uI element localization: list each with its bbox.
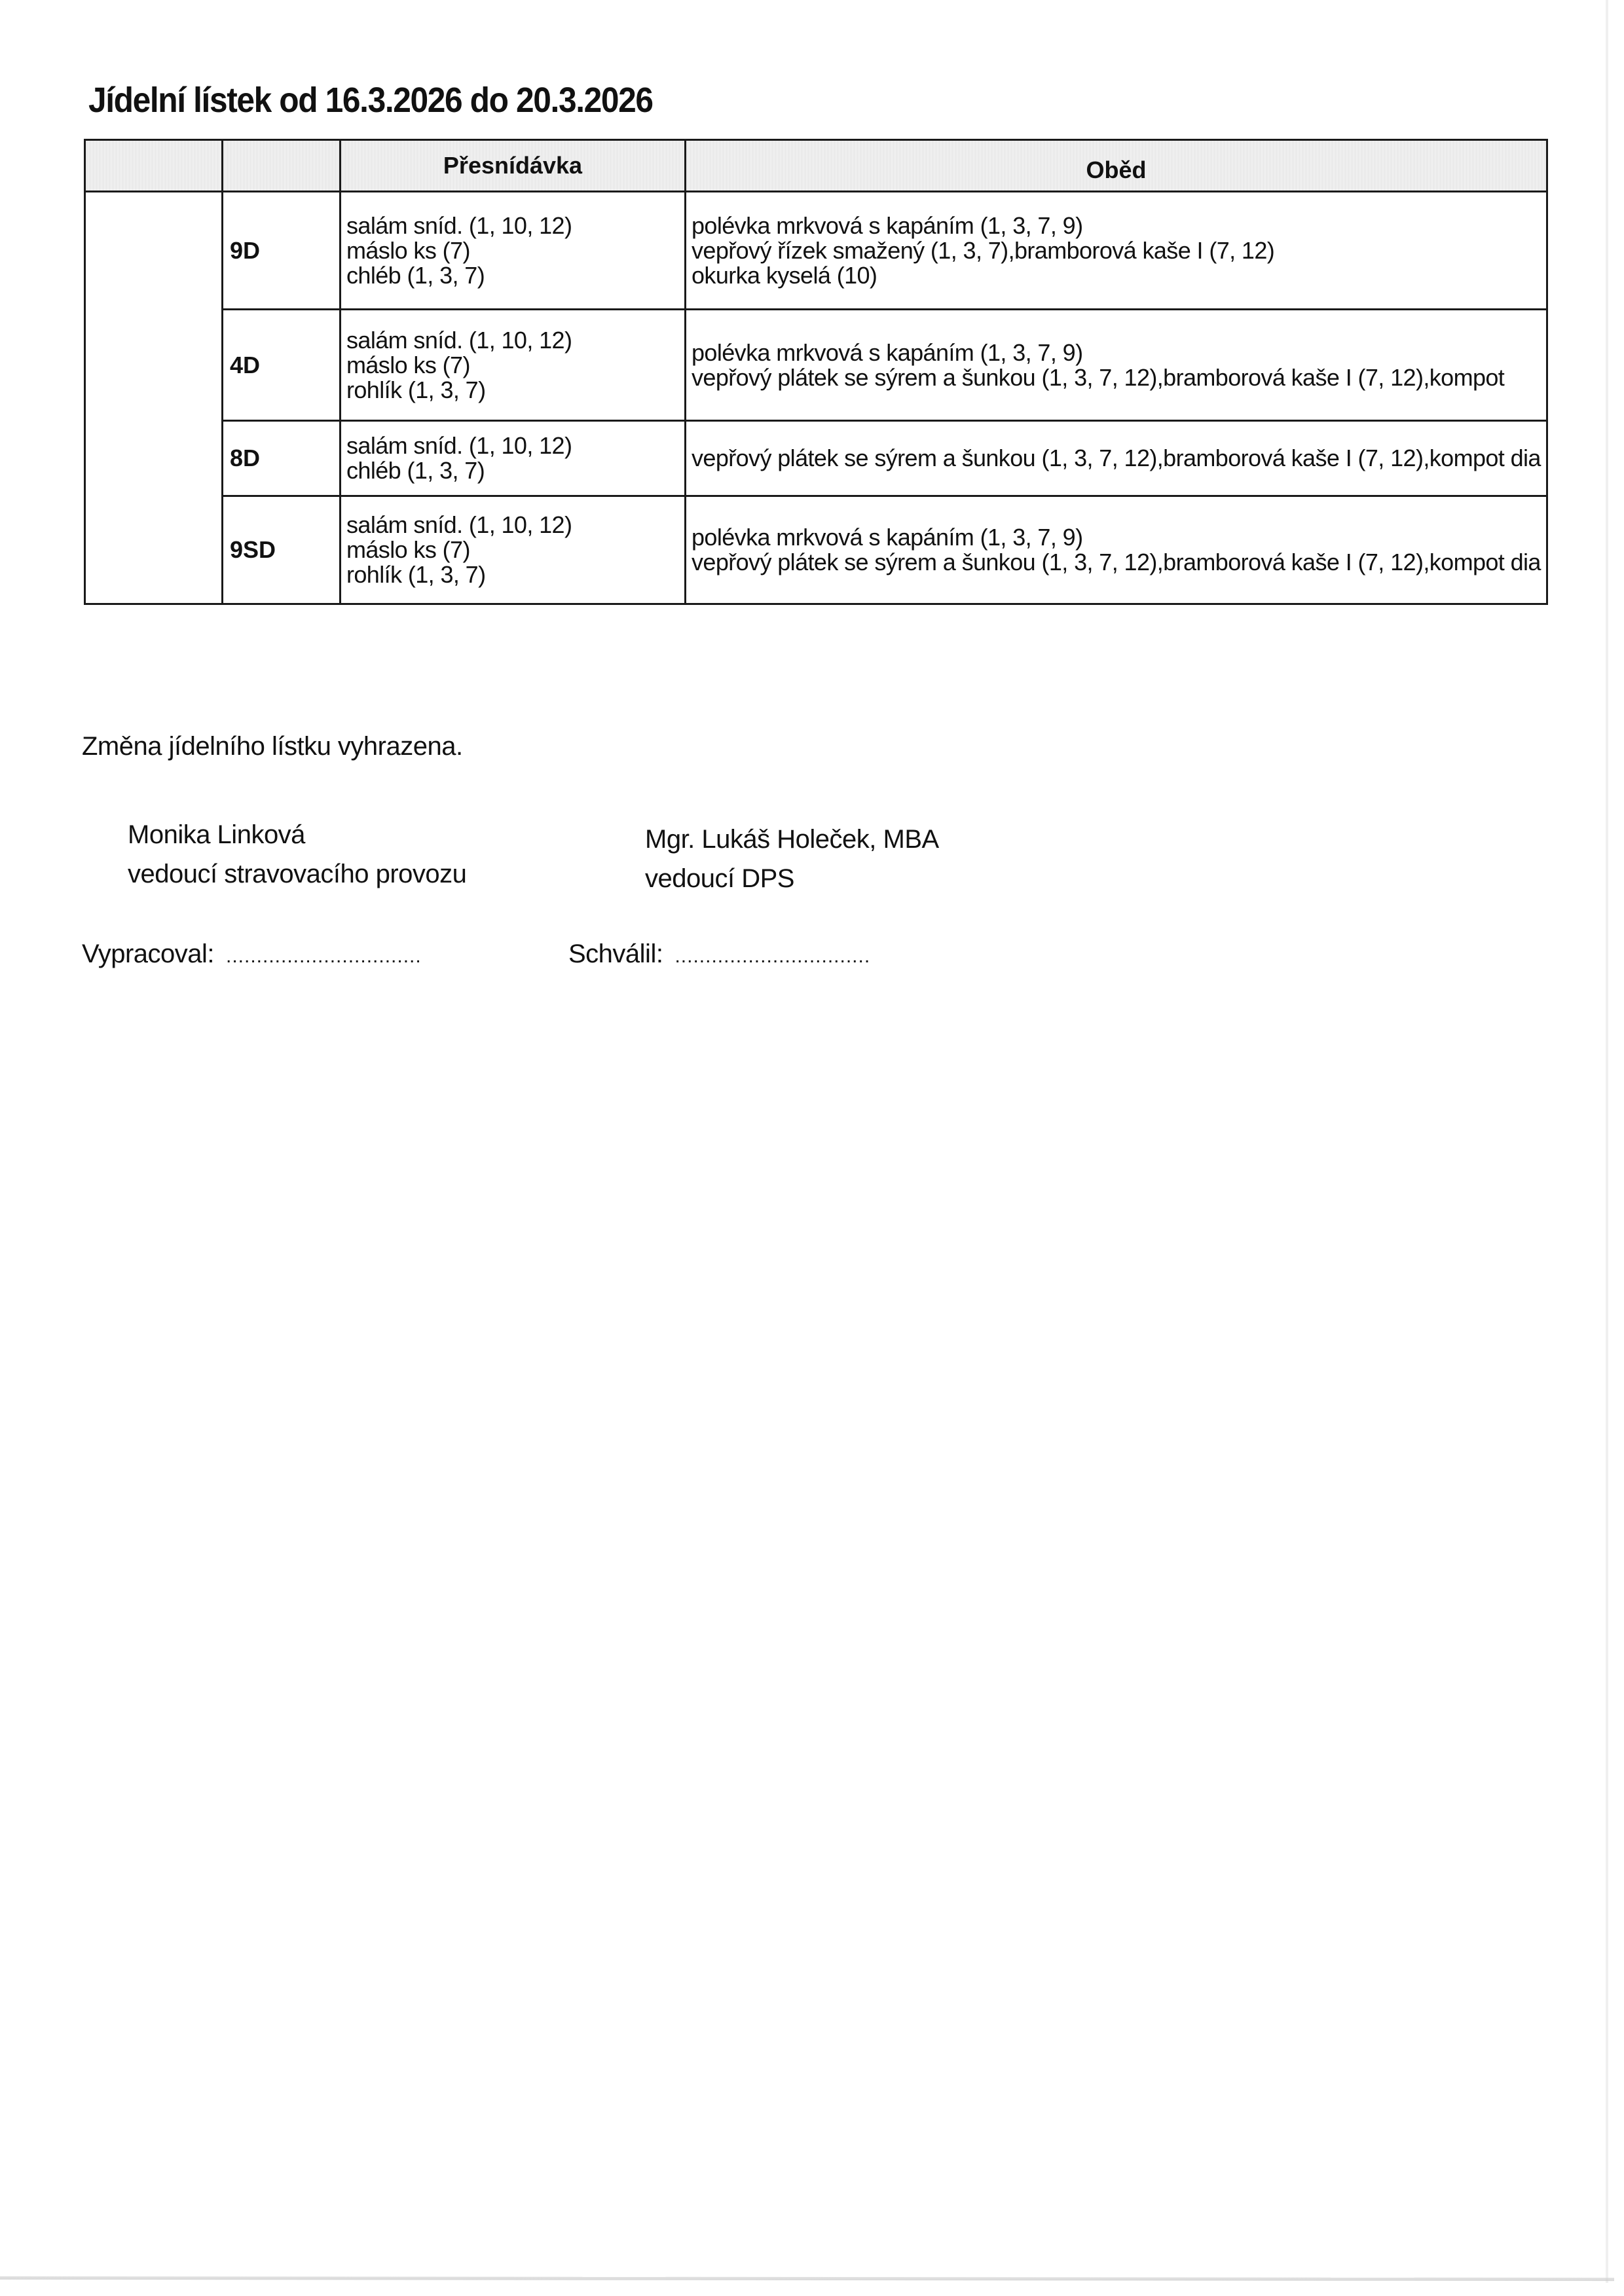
lunch-item: polévka mrkvová s kapáním (1, 3, 7, 9) [692,525,1541,550]
lunch-cell: polévka mrkvová s kapáním (1, 3, 7, 9) v… [686,310,1547,421]
table-row: 4D salám sníd. (1, 10, 12) máslo ks (7) … [85,310,1547,421]
snack-item: máslo ks (7) [346,538,679,562]
signature-blank: ................................ [226,945,422,967]
lunch-item: polévka mrkvová s kapáním (1, 3, 7, 9) [692,213,1541,238]
lunch-item: vepřový plátek se sýrem a šunkou (1, 3, … [692,365,1541,390]
lunch-cell: polévka mrkvová s kapáním (1, 3, 7, 9) v… [686,192,1547,310]
diet-code: 4D [223,310,341,421]
snack-item: chléb (1, 3, 7) [346,458,679,483]
scan-edge-bottom [0,2276,1614,2281]
snack-item: rohlík (1, 3, 7) [346,562,679,587]
snack-item: salám sníd. (1, 10, 12) [346,513,679,538]
snack-item: rohlík (1, 3, 7) [346,378,679,403]
snack-item: chléb (1, 3, 7) [346,263,679,288]
lunch-cell: vepřový plátek se sýrem a šunkou (1, 3, … [686,421,1547,496]
header-blank-2 [223,140,341,192]
lunch-cell: polévka mrkvová s kapáním (1, 3, 7, 9) v… [686,496,1547,604]
snack-item: salám sníd. (1, 10, 12) [346,213,679,238]
signatory-role: vedoucí stravovacího provozu [128,854,466,894]
snack-item: máslo ks (7) [346,353,679,378]
snack-item: salám sníd. (1, 10, 12) [346,433,679,458]
signatory-name: Mgr. Lukáš Holeček, MBA [645,820,939,859]
table-row: 8D salám sníd. (1, 10, 12) chléb (1, 3, … [85,421,1547,496]
signatory-right: Mgr. Lukáš Holeček, MBA vedoucí DPS [645,820,939,898]
diet-code: 9SD [223,496,341,604]
snack-cell: salám sníd. (1, 10, 12) máslo ks (7) roh… [341,310,686,421]
lunch-item: vepřový plátek se sýrem a šunkou (1, 3, … [692,446,1541,471]
page-title: Jídelní lístek od 16.3.2026 do 20.3.2026 [88,80,653,120]
prepared-by-label: Vypracoval: [82,939,214,968]
table-header-row: Přesnídávka Oběd [85,140,1547,192]
lunch-item: vepřový plátek se sýrem a šunkou (1, 3, … [692,550,1541,575]
diet-code: 9D [223,192,341,310]
lunch-item: okurka kyselá (10) [692,263,1541,288]
scan-edge-right [1606,0,1608,2283]
lunch-item: polévka mrkvová s kapáním (1, 3, 7, 9) [692,340,1541,365]
header-snack: Přesnídávka [341,140,686,192]
signatory-name: Monika Linková [128,815,466,854]
signatory-left: Monika Linková vedoucí stravovacího prov… [128,815,466,894]
day-column-cell [85,192,223,604]
table-row: 9SD salám sníd. (1, 10, 12) máslo ks (7)… [85,496,1547,604]
signature-blank: ................................ [674,945,870,967]
lunch-item: vepřový řízek smažený (1, 3, 7),bramboro… [692,238,1541,263]
approved-by-label: Schválil: [568,939,663,968]
signatory-role: vedoucí DPS [645,859,939,898]
approved-by-line: Schválil:...............................… [568,939,870,969]
header-lunch: Oběd [686,140,1547,192]
snack-item: salám sníd. (1, 10, 12) [346,328,679,353]
snack-cell: salám sníd. (1, 10, 12) máslo ks (7) roh… [341,496,686,604]
snack-cell: salám sníd. (1, 10, 12) chléb (1, 3, 7) [341,421,686,496]
menu-table: Přesnídávka Oběd 9D salám sníd. (1, 10, … [84,139,1548,605]
snack-item: máslo ks (7) [346,238,679,263]
diet-code: 8D [223,421,341,496]
snack-cell: salám sníd. (1, 10, 12) máslo ks (7) chl… [341,192,686,310]
prepared-by-line: Vypracoval:.............................… [82,939,422,969]
change-disclaimer: Změna jídelního lístku vyhrazena. [82,732,463,761]
header-blank-1 [85,140,223,192]
table-row: 9D salám sníd. (1, 10, 12) máslo ks (7) … [85,192,1547,310]
